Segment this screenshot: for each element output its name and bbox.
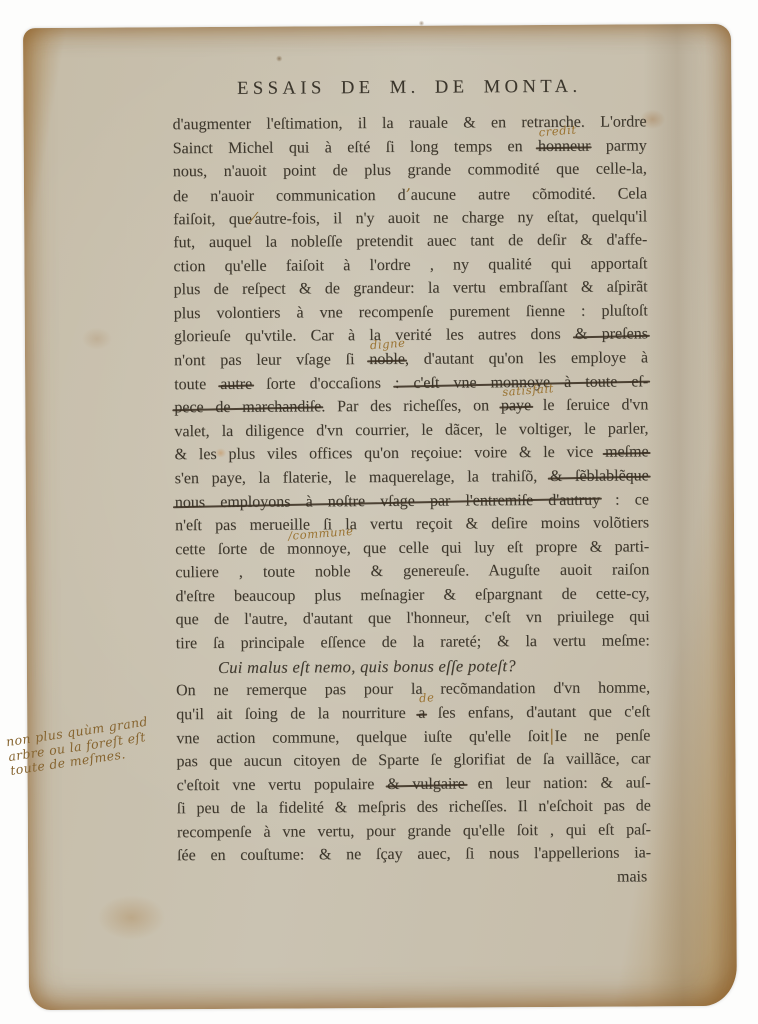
printed-text: plus volontiers à vne recompenſe puremen… [174, 302, 648, 322]
printed-text: valet, la diligence d'vn courrier, le dã… [174, 420, 648, 440]
printed-text: autre-fois, il n'y auoit ne charge ny eſ… [255, 209, 648, 228]
text-line: plus de reſpect & de grandeur: la vertu … [174, 276, 648, 302]
printed-text: que celle qui luy eſt propre & parti- [351, 538, 650, 557]
struck-text: autre [220, 375, 252, 392]
interlinear-annotation: de [419, 692, 435, 704]
text-line: plus volontiers à vne recompenſe puremen… [174, 299, 648, 325]
stain [86, 887, 176, 948]
annotated-word: monnoye,/commune [287, 540, 351, 557]
text-line: Sainct Michel qui à eſté ſi long temps e… [173, 134, 647, 160]
printed-text: d'eſtre beaucoup plus meſnagier & eſparg… [175, 585, 649, 605]
text-line: qu'il ait ſoing de la nourriture ade ſes… [176, 700, 650, 726]
interlinear-annotation: satisfait [502, 383, 554, 398]
text-line: ction qu'elle faiſoit à l'ordre , ny qua… [173, 252, 647, 278]
text-line: pas que aucun citoyen de Sparte ſe glori… [176, 747, 650, 773]
annotated-word: honneurcredit [538, 137, 591, 154]
struck-text: & vulgaire [387, 775, 465, 792]
struck-text: & preſens [575, 326, 648, 343]
stain [418, 20, 425, 27]
stain [77, 324, 117, 354]
text-line: On ne remerque pas pour la recõmandation… [176, 677, 650, 703]
book-page-photo: non plus quùm grandarbre ou la foreſt eſ… [0, 0, 758, 1024]
text-line: n'eſt pas merueille ſi la vertu reçoit &… [175, 511, 649, 537]
printed-text: pas que aucun citoyen de Sparte ſe glori… [176, 750, 650, 770]
interlinear-annotation: digne [370, 338, 406, 352]
annotated-word: nobledigne [369, 351, 405, 368]
printed-text: qu'il ait ſoing de la nourriture [176, 705, 418, 723]
stain [275, 55, 283, 63]
printed-text: nous, n'auoit point de plus grande commo… [173, 161, 647, 181]
printed-text: faiſoit, que [173, 211, 252, 228]
printed-text: monnoye, [287, 540, 351, 557]
text-block-lines: d'augmenter l'eſtimation, il la rauale &… [173, 110, 652, 868]
text-line: toute autre ſorte d'occaſions : c'eſt vn… [174, 370, 648, 396]
printed-text: fut, auquel la nobleſſe pretendit auec t… [173, 231, 647, 251]
printed-text: . Par des richeſſes, on [321, 397, 501, 415]
printed-text: plus de reſpect & de grandeur: la vertu … [174, 279, 648, 299]
text-line: nous employons à noſtre vſage par l'entr… [175, 488, 649, 514]
text-line: nous, n'auoit point de plus grande commo… [173, 158, 647, 184]
printed-text: en leur nation: & auſ- [465, 774, 651, 792]
text-line: Cui malus eſt nemo, quis bonus eſſe pote… [176, 653, 650, 679]
text-line: cette ſorte de monnoye,/commune que cell… [175, 535, 649, 561]
struck-text: paye [501, 397, 531, 414]
text-line: ſi peu de la fidelité & meſpris des rich… [177, 795, 651, 821]
printed-text: le ſeruice d'vn [531, 396, 648, 414]
struck-text: pece de marchandiſe [174, 398, 321, 416]
annotated-word: ade [418, 705, 425, 722]
printed-text: Sainct Michel qui à eſté ſi long temps e… [173, 138, 538, 157]
text-line: recompenſe à vne vertu, pour grande qu'e… [177, 818, 651, 844]
interlinear-annotation: credit [539, 124, 578, 138]
text-line: tire ſa principale eſſence de la rareté;… [176, 629, 650, 655]
struck-text: & ſẽblablẽque [550, 467, 649, 485]
text-line: d'eſtre beaucoup plus meſnagier & eſparg… [175, 582, 649, 608]
text-line: s'en paye, la flaterie, le maquerelage, … [175, 464, 649, 490]
printed-text: de n'auoir communication d [173, 187, 406, 205]
text-line: & les plus viles offices qu'on reçoiue: … [175, 441, 649, 467]
struck-text: a [418, 705, 425, 722]
printed-text: ſi peu de la fidelité & meſpris des rich… [177, 798, 651, 818]
printed-text: c'eſtoit vne vertu populaire [177, 776, 388, 794]
printed-text: ſes enfans, d'autant que c'eſt [425, 703, 650, 721]
printed-text: que de l'autre, d'autant que l'honneur, … [176, 609, 650, 629]
printed-text: , d'autant qu'on les employe à [405, 349, 648, 367]
printed-text: n'ont pas leur vſage ſi [174, 351, 369, 369]
text-line: culiere , toute noble & genereuſe. Auguſ… [175, 559, 649, 585]
struck-text: nous employons à noſtre vſage par l'entr… [175, 491, 600, 511]
struck-text: meſme [605, 444, 649, 461]
printed-text: : ce [600, 491, 649, 508]
text-line: faiſoit, que⁄autre-fois, il n'y auoit ne… [173, 205, 647, 231]
printed-text: ction qu'elle faiſoit à l'ordre , ny qua… [173, 255, 647, 275]
text-line: glorieuſe qu'vtile. Car à la verité les … [174, 323, 648, 349]
printed-text: ſée en couſtume: & ne ſçay auec, ſi nous… [177, 845, 651, 865]
struck-text: honneur [538, 137, 591, 154]
text-line: pece de marchandiſe. Par des richeſſes, … [174, 393, 648, 419]
text-line: de n'auoir communication d’aucune autre … [173, 181, 647, 207]
printed-text: n'eſt pas merueille ſi la vertu reçoit &… [175, 514, 649, 534]
printed-text: culiere , toute noble & genereuſe. Auguſ… [175, 562, 649, 582]
text-line: fut, auquel la nobleſſe pretendit auec t… [173, 228, 647, 254]
printed-text: Ie ne penſe [554, 728, 650, 746]
text-block: ESSAIS DE M. DE MONTA. d'augmenter l'eſt… [172, 76, 651, 891]
margin-note: non plus quùm grandarbre ou la foreſt eſ… [5, 709, 194, 779]
struck-text: noble [369, 351, 405, 368]
text-line: c'eſtoit vne vertu populaire & vulgaire … [177, 771, 651, 797]
printed-text: tire ſa principale eſſence de la rareté;… [176, 632, 650, 652]
printed-text: vne action commune, quelque iuſte qu'ell… [176, 728, 549, 747]
page-curl-shadow [643, 24, 711, 1006]
text-line: n'ont pas leur vſage ſi nobledigne, d'au… [174, 346, 648, 372]
printed-text: aucune autre cõmodité. Cela [411, 185, 647, 203]
printed-text: Cui malus eſt nemo, quis bonus eſſe pote… [218, 656, 516, 677]
text-line: vne action commune, quelque iuſte qu'ell… [176, 724, 650, 750]
printed-text: cette ſorte de [175, 540, 287, 558]
printed-text: toute [174, 376, 220, 393]
annotated-word: payesatisfait [501, 397, 531, 414]
printed-text: ſorte d'occaſions [252, 374, 395, 392]
printed-text: s'en paye, la flaterie, le maquerelage, … [175, 468, 550, 487]
text-line: valet, la diligence d'vn courrier, le dã… [174, 417, 648, 443]
catchword: mais [177, 865, 651, 891]
text-line: que de l'autre, d'autant que l'honneur, … [176, 606, 650, 632]
printed-text: On ne remerque pas pour la recõmandation… [176, 680, 650, 700]
printed-text: & les plus viles offices qu'on reçoiue: … [175, 444, 606, 464]
text-line: ſée en couſtume: & ne ſçay auec, ſi nous… [177, 842, 651, 868]
printed-text: parmy [590, 137, 646, 154]
running-header: ESSAIS DE M. DE MONTA. [172, 76, 646, 100]
manuscript-page: non plus quùm grandarbre ou la foreſt eſ… [23, 24, 737, 1010]
printed-text: recompenſe à vne vertu, pour grande qu'e… [177, 821, 651, 841]
